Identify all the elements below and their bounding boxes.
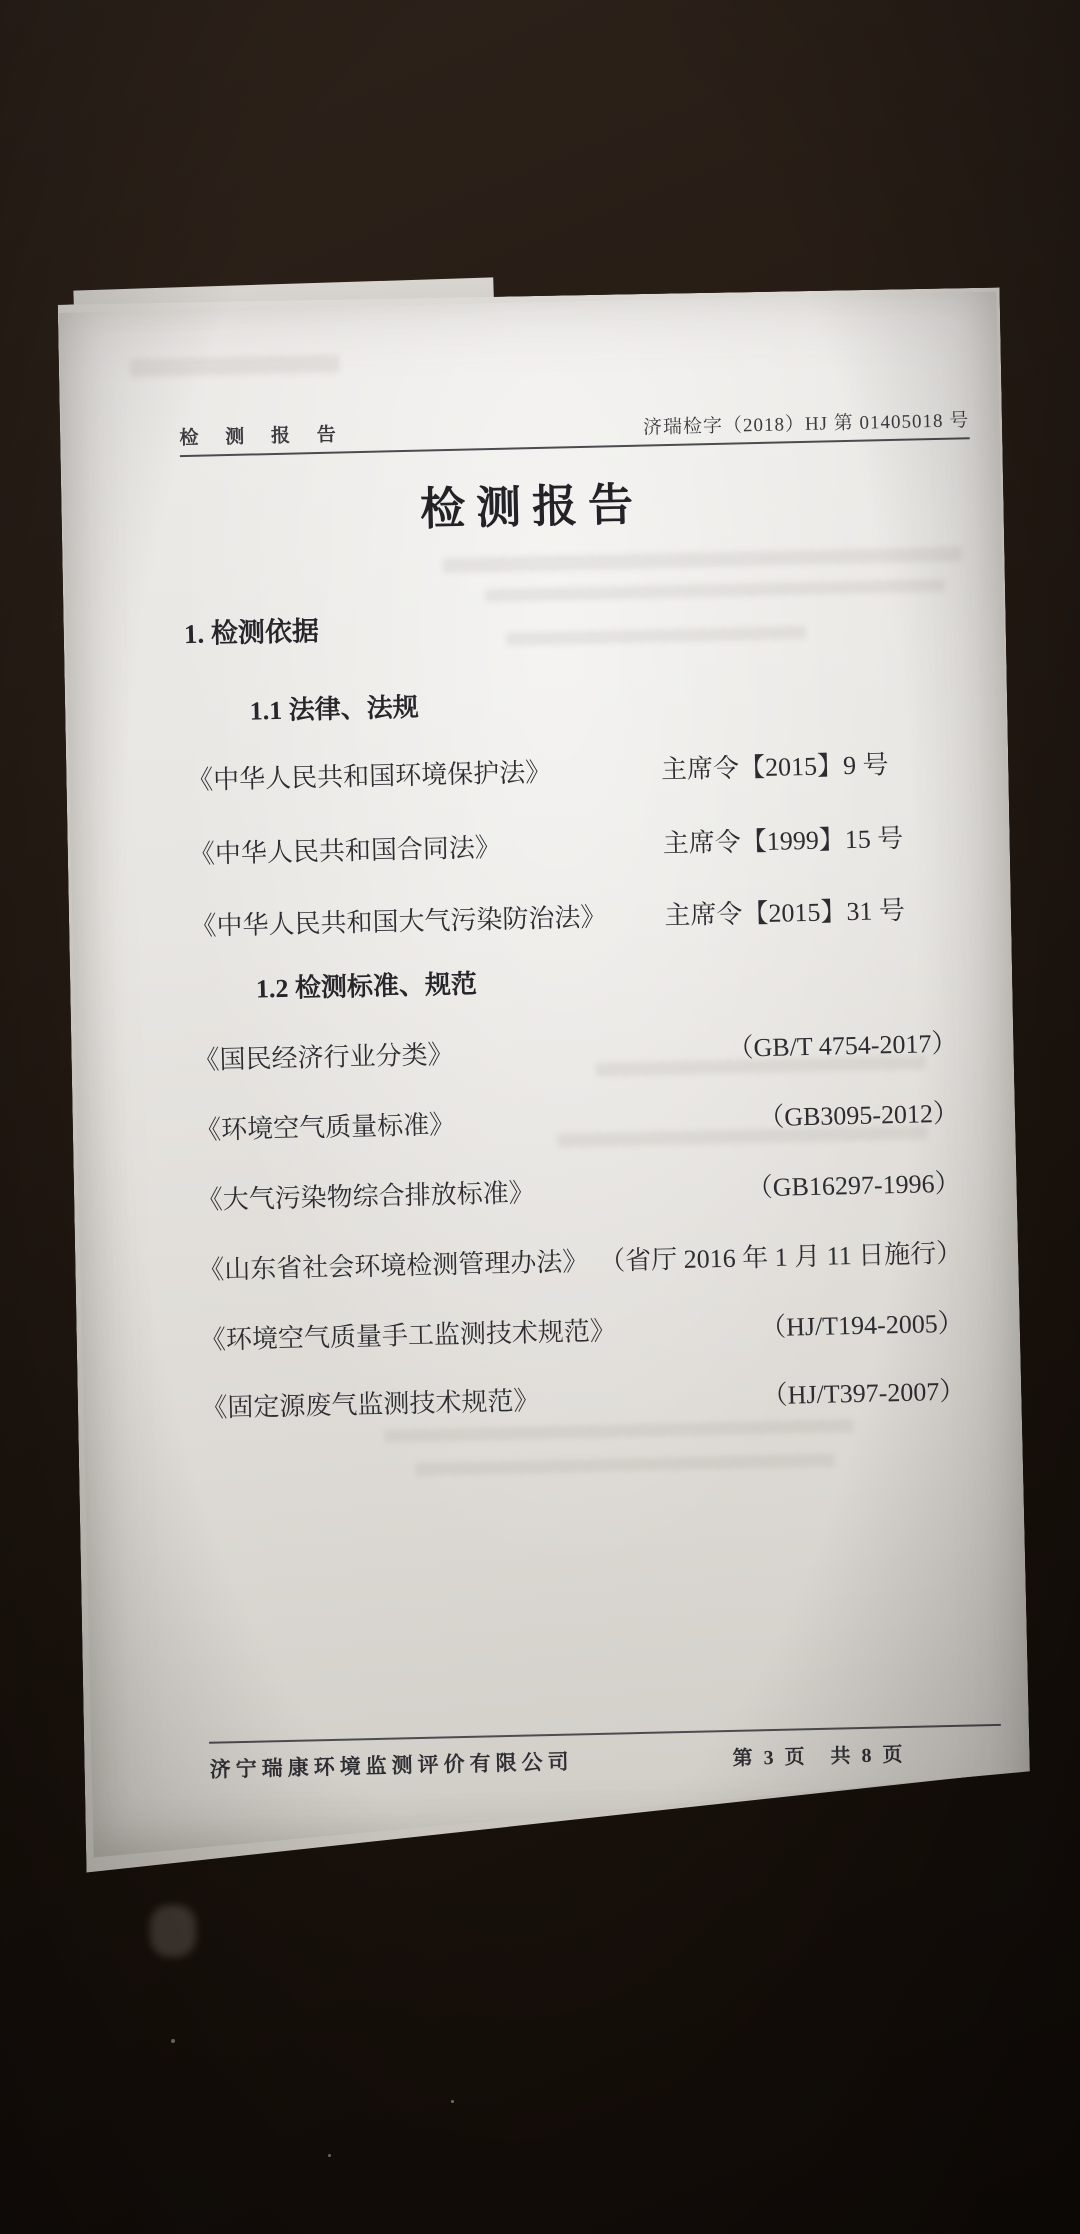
footer-page-number: 第 3 页 共 8 页 bbox=[732, 1738, 906, 1771]
desk-smudge bbox=[150, 1905, 196, 1957]
bleed-through-mark bbox=[384, 1419, 854, 1443]
standard-name: 《环境空气质量标准》 bbox=[195, 1104, 456, 1147]
standard-ref: （省厅 2016 年 1 月 11 日施行） bbox=[599, 1233, 963, 1278]
standard-name: 《山东省社会环境检测管理办法》 bbox=[198, 1241, 589, 1287]
standard-ref: （HJ/T194-2005） bbox=[760, 1303, 964, 1345]
bleed-through-mark bbox=[415, 1454, 835, 1477]
standard-name: 《大气污染物综合排放标准》 bbox=[196, 1172, 535, 1217]
desk-photo-background: 检 测 报 告 济瑞检字（2018）HJ 第 01405018 号 检测报告 1… bbox=[0, 0, 1080, 2234]
standard-name: 《国民经济行业分类》 bbox=[193, 1034, 454, 1077]
dust-speck bbox=[171, 2039, 175, 2043]
standard-row: 《固定源废气监测技术规范》 （HJ/T397-2007） bbox=[83, 1369, 1022, 1426]
law-name: 《中华人民共和国大气污染防治法》 bbox=[190, 897, 607, 943]
standard-name: 《固定源废气监测技术规范》 bbox=[201, 1380, 540, 1425]
dust-speck bbox=[451, 2100, 454, 2103]
section-1-1-heading: 1.1 法律、法规 bbox=[249, 687, 419, 728]
bleed-through-mark bbox=[506, 626, 806, 646]
page-header: 检 测 报 告 济瑞检字（2018）HJ 第 01405018 号 bbox=[179, 396, 970, 457]
standard-ref: （GB/T 4754-2017） bbox=[727, 1023, 958, 1065]
law-row: 《中华人民共和国环境保护法》 主席令【2015】9 号 bbox=[69, 741, 1008, 798]
law-ref: 主席令【2015】9 号 bbox=[661, 744, 889, 786]
section-1-heading: 1. 检测依据 bbox=[183, 609, 319, 651]
page-title: 检测报告 bbox=[62, 460, 1001, 546]
page-footer: 济宁瑞康环境监测评价有限公司 第 3 页 共 8 页 bbox=[209, 1724, 1002, 1798]
law-row: 《中华人民共和国合同法》 主席令【1999】15 号 bbox=[70, 815, 1009, 872]
report-page: 检 测 报 告 济瑞检字（2018）HJ 第 01405018 号 检测报告 1… bbox=[59, 292, 1032, 1858]
section-1-2-heading: 1.2 检测标准、规范 bbox=[256, 964, 478, 1006]
standard-ref: （HJ/T397-2007） bbox=[761, 1371, 965, 1413]
standard-row: 《山东省社会环境检测管理办法》 （省厅 2016 年 1 月 11 日施行） bbox=[80, 1231, 1019, 1288]
bleed-through-mark bbox=[485, 579, 945, 602]
law-name: 《中华人民共和国环境保护法》 bbox=[187, 752, 552, 797]
standard-ref: （GB3095-2012） bbox=[758, 1093, 960, 1135]
footer-company-name: 济宁瑞康环境监测评价有限公司 bbox=[209, 1746, 574, 1784]
law-row: 《中华人民共和国大气污染防治法》 主席令【2015】31 号 bbox=[72, 887, 1011, 944]
standard-row: 《环境空气质量手工监测技术规范》 （HJ/T194-2005） bbox=[82, 1301, 1021, 1358]
law-ref: 主席令【2015】31 号 bbox=[664, 890, 905, 932]
standard-name: 《环境空气质量手工监测技术规范》 bbox=[199, 1310, 616, 1356]
header-report-number: 济瑞检字（2018）HJ 第 01405018 号 bbox=[643, 405, 970, 439]
header-report-label: 检 测 报 告 bbox=[179, 419, 347, 450]
standard-row: 《大气污染物综合排放标准》 （GB16297-1996） bbox=[78, 1161, 1017, 1218]
law-name: 《中华人民共和国合同法》 bbox=[188, 827, 501, 871]
bleed-through-mark bbox=[442, 546, 962, 573]
standard-ref: （GB16297-1996） bbox=[746, 1163, 961, 1205]
dust-speck bbox=[328, 2154, 331, 2157]
bleed-through-mark bbox=[130, 354, 340, 377]
law-ref: 主席令【1999】15 号 bbox=[662, 818, 903, 860]
